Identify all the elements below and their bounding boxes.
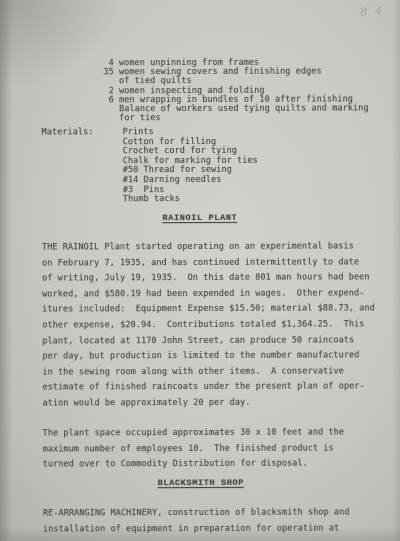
section-heading-rainoil-plant: RAINOIL PLANT [0, 212, 400, 223]
typewritten-text-layer: 4 women unpinning from frames 35 women s… [0, 0, 400, 541]
rainoil-paragraph-1: THE RAINOIL Plant started operating on a… [42, 239, 375, 412]
materials-item-list: Prints Cotton for filling Crochet cord f… [123, 128, 258, 205]
worker-assignment-list: 4 women unpinning from frames 35 women s… [103, 58, 368, 123]
blacksmith-paragraph-1: RE-ARRANGING MACHINERY, construction of … [43, 505, 350, 537]
materials-label: Materials: [42, 128, 94, 138]
rainoil-paragraph-2: The plant space occupied approximates 30… [43, 425, 345, 473]
section-heading-blacksmith-shop: BLACKSMITH SHOP [1, 477, 400, 488]
scanned-document-page: B 4 4 women unpinning from frames 35 wom… [0, 0, 400, 541]
